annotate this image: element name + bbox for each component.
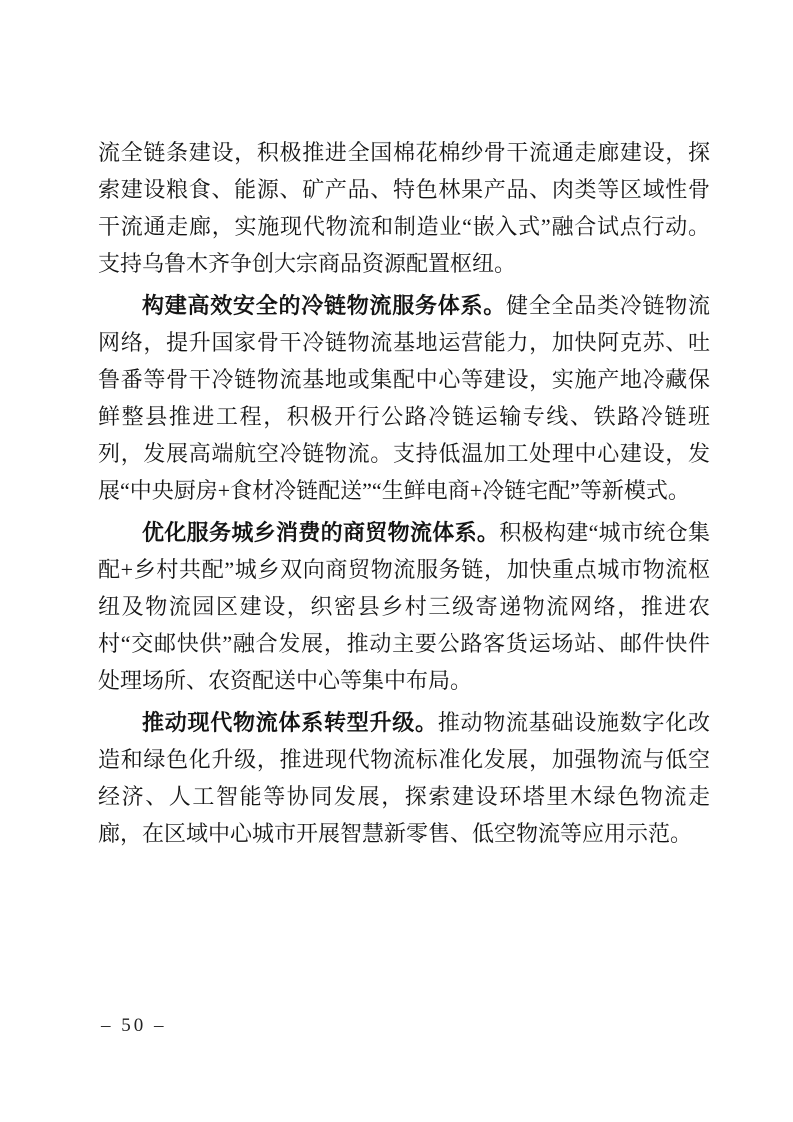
page-number: – 50 – [101,1014,167,1038]
document-page: 流全链条建设，积极推进全国棉花棉纱骨干流通走廊建设，探索建设粮食、能源、矿产品、… [0,0,793,1122]
paragraph-lead-heading: 优化服务城乡消费的商贸物流体系。 [142,520,499,545]
paragraph-trade-logistics: 优化服务城乡消费的商贸物流体系。积极构建“城市统仓集配+乡村共配”城乡双向商贸物… [98,514,710,699]
document-body-text: 流全链条建设，积极推进全国棉花棉纱骨干流通走廊建设，探索建设粮食、能源、矿产品、… [98,134,710,852]
paragraph-lead-heading: 构建高效安全的冷链物流服务体系。 [142,293,506,318]
paragraph-modern-logistics-upgrade: 推动现代物流体系转型升级。推动物流基础设施数字化改造和绿色化升级，推进现代物流标… [98,704,710,852]
paragraph-body: 健全全品类冷链物流网络，提升国家骨干冷链物流基地运营能力，加快阿克苏、吐鲁番等骨… [98,293,710,503]
paragraph-continuation: 流全链条建设，积极推进全国棉花棉纱骨干流通走廊建设，探索建设粮食、能源、矿产品、… [98,134,710,282]
paragraph-cold-chain: 构建高效安全的冷链物流服务体系。健全全品类冷链物流网络，提升国家骨干冷链物流基地… [98,287,710,509]
paragraph-body: 流全链条建设，积极推进全国棉花棉纱骨干流通走廊建设，探索建设粮食、能源、矿产品、… [98,140,710,276]
paragraph-body: 积极构建“城市统仓集配+乡村共配”城乡双向商贸物流服务链，加快重点城市物流枢纽及… [98,520,710,693]
paragraph-lead-heading: 推动现代物流体系转型升级。 [142,710,438,735]
